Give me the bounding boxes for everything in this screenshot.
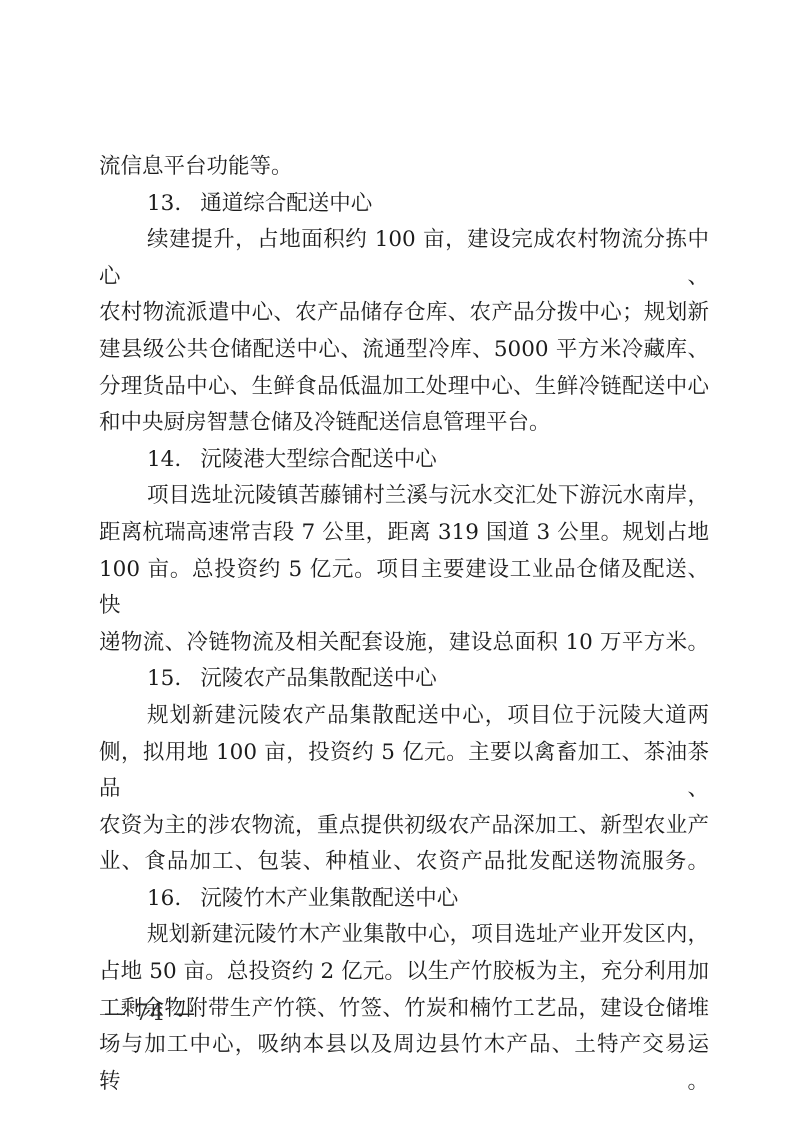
paragraph-line: 建县级公共仓储配送中心、流通型冷库、5000 平方米冷藏库、 bbox=[99, 332, 709, 369]
section-number: 15. bbox=[147, 666, 181, 691]
section-title: 通道综合配送中心 bbox=[200, 191, 372, 216]
paragraph-line: 规划新建沅陵农产品集散配送中心，项目位于沅陵大道两 bbox=[99, 698, 709, 735]
section-number: 16. bbox=[147, 886, 181, 911]
paragraph-line: 100 亩。总投资约 5 亿元。项目主要建设工业品仓储及配送、快 bbox=[99, 552, 709, 625]
paragraph-line: 规划新建沅陵竹木产业集散中心，项目选址产业开发区内， bbox=[99, 917, 709, 954]
paragraph-line: 农村物流派遣中心、农产品储存仓库、农产品分拨中心；规划新 bbox=[99, 295, 709, 332]
section-title: 沅陵港大型综合配送中心 bbox=[200, 447, 437, 472]
paragraph-line: 和中央厨房智慧仓储及冷链配送信息管理平台。 bbox=[99, 405, 709, 442]
section-heading-16: 16.沅陵竹木产业集散配送中心 bbox=[99, 881, 709, 918]
text-block: 流信息平台功能等。 13.通道综合配送中心 续建提升，占地面积约 100 亩，建… bbox=[99, 149, 709, 1100]
section-title: 沅陵农产品集散配送中心 bbox=[200, 666, 437, 691]
paragraph-line: 续建提升，占地面积约 100 亩，建设完成农村物流分拣中心、 bbox=[99, 222, 709, 295]
section-heading-15: 15.沅陵农产品集散配送中心 bbox=[99, 661, 709, 698]
paragraph-line: 项目选址沅陵镇苦藤铺村兰溪与沅水交汇处下游沅水南岸， bbox=[99, 478, 709, 515]
section-number: 13. bbox=[147, 191, 181, 216]
section-number: 14. bbox=[147, 447, 181, 472]
section-title: 沅陵竹木产业集散配送中心 bbox=[200, 886, 458, 911]
page-footer: — 74 — bbox=[104, 1001, 196, 1027]
paragraph-line: 侧，拟用地 100 亩，投资约 5 亿元。主要以禽畜加工、茶油茶品、 bbox=[99, 735, 709, 808]
paragraph-line: 占地 50 亩。总投资约 2 亿元。以生产竹胶板为主，充分利用加 bbox=[99, 954, 709, 991]
paragraph-line: 流信息平台功能等。 bbox=[99, 149, 709, 186]
paragraph-line: 农资为主的涉农物流，重点提供初级农产品深加工、新型农业产 bbox=[99, 808, 709, 845]
section-heading-14: 14.沅陵港大型综合配送中心 bbox=[99, 442, 709, 479]
paragraph-line: 业、食品加工、包装、种植业、农资产品批发配送物流服务。 bbox=[99, 844, 709, 881]
paragraph-line: 场与加工中心，吸纳本县以及周边县竹木产品、土特产交易运转。 bbox=[99, 1027, 709, 1100]
paragraph-line: 距离杭瑞高速常吉段 7 公里，距离 319 国道 3 公里。规划占地 bbox=[99, 515, 709, 552]
paragraph-line: 递物流、冷链物流及相关配套设施，建设总面积 10 万平方米。 bbox=[99, 625, 709, 662]
document-page: 流信息平台功能等。 13.通道综合配送中心 续建提升，占地面积约 100 亩，建… bbox=[0, 0, 793, 1122]
section-heading-13: 13.通道综合配送中心 bbox=[99, 186, 709, 223]
paragraph-line: 分理货品中心、生鲜食品低温加工处理中心、生鲜冷链配送中心 bbox=[99, 369, 709, 406]
